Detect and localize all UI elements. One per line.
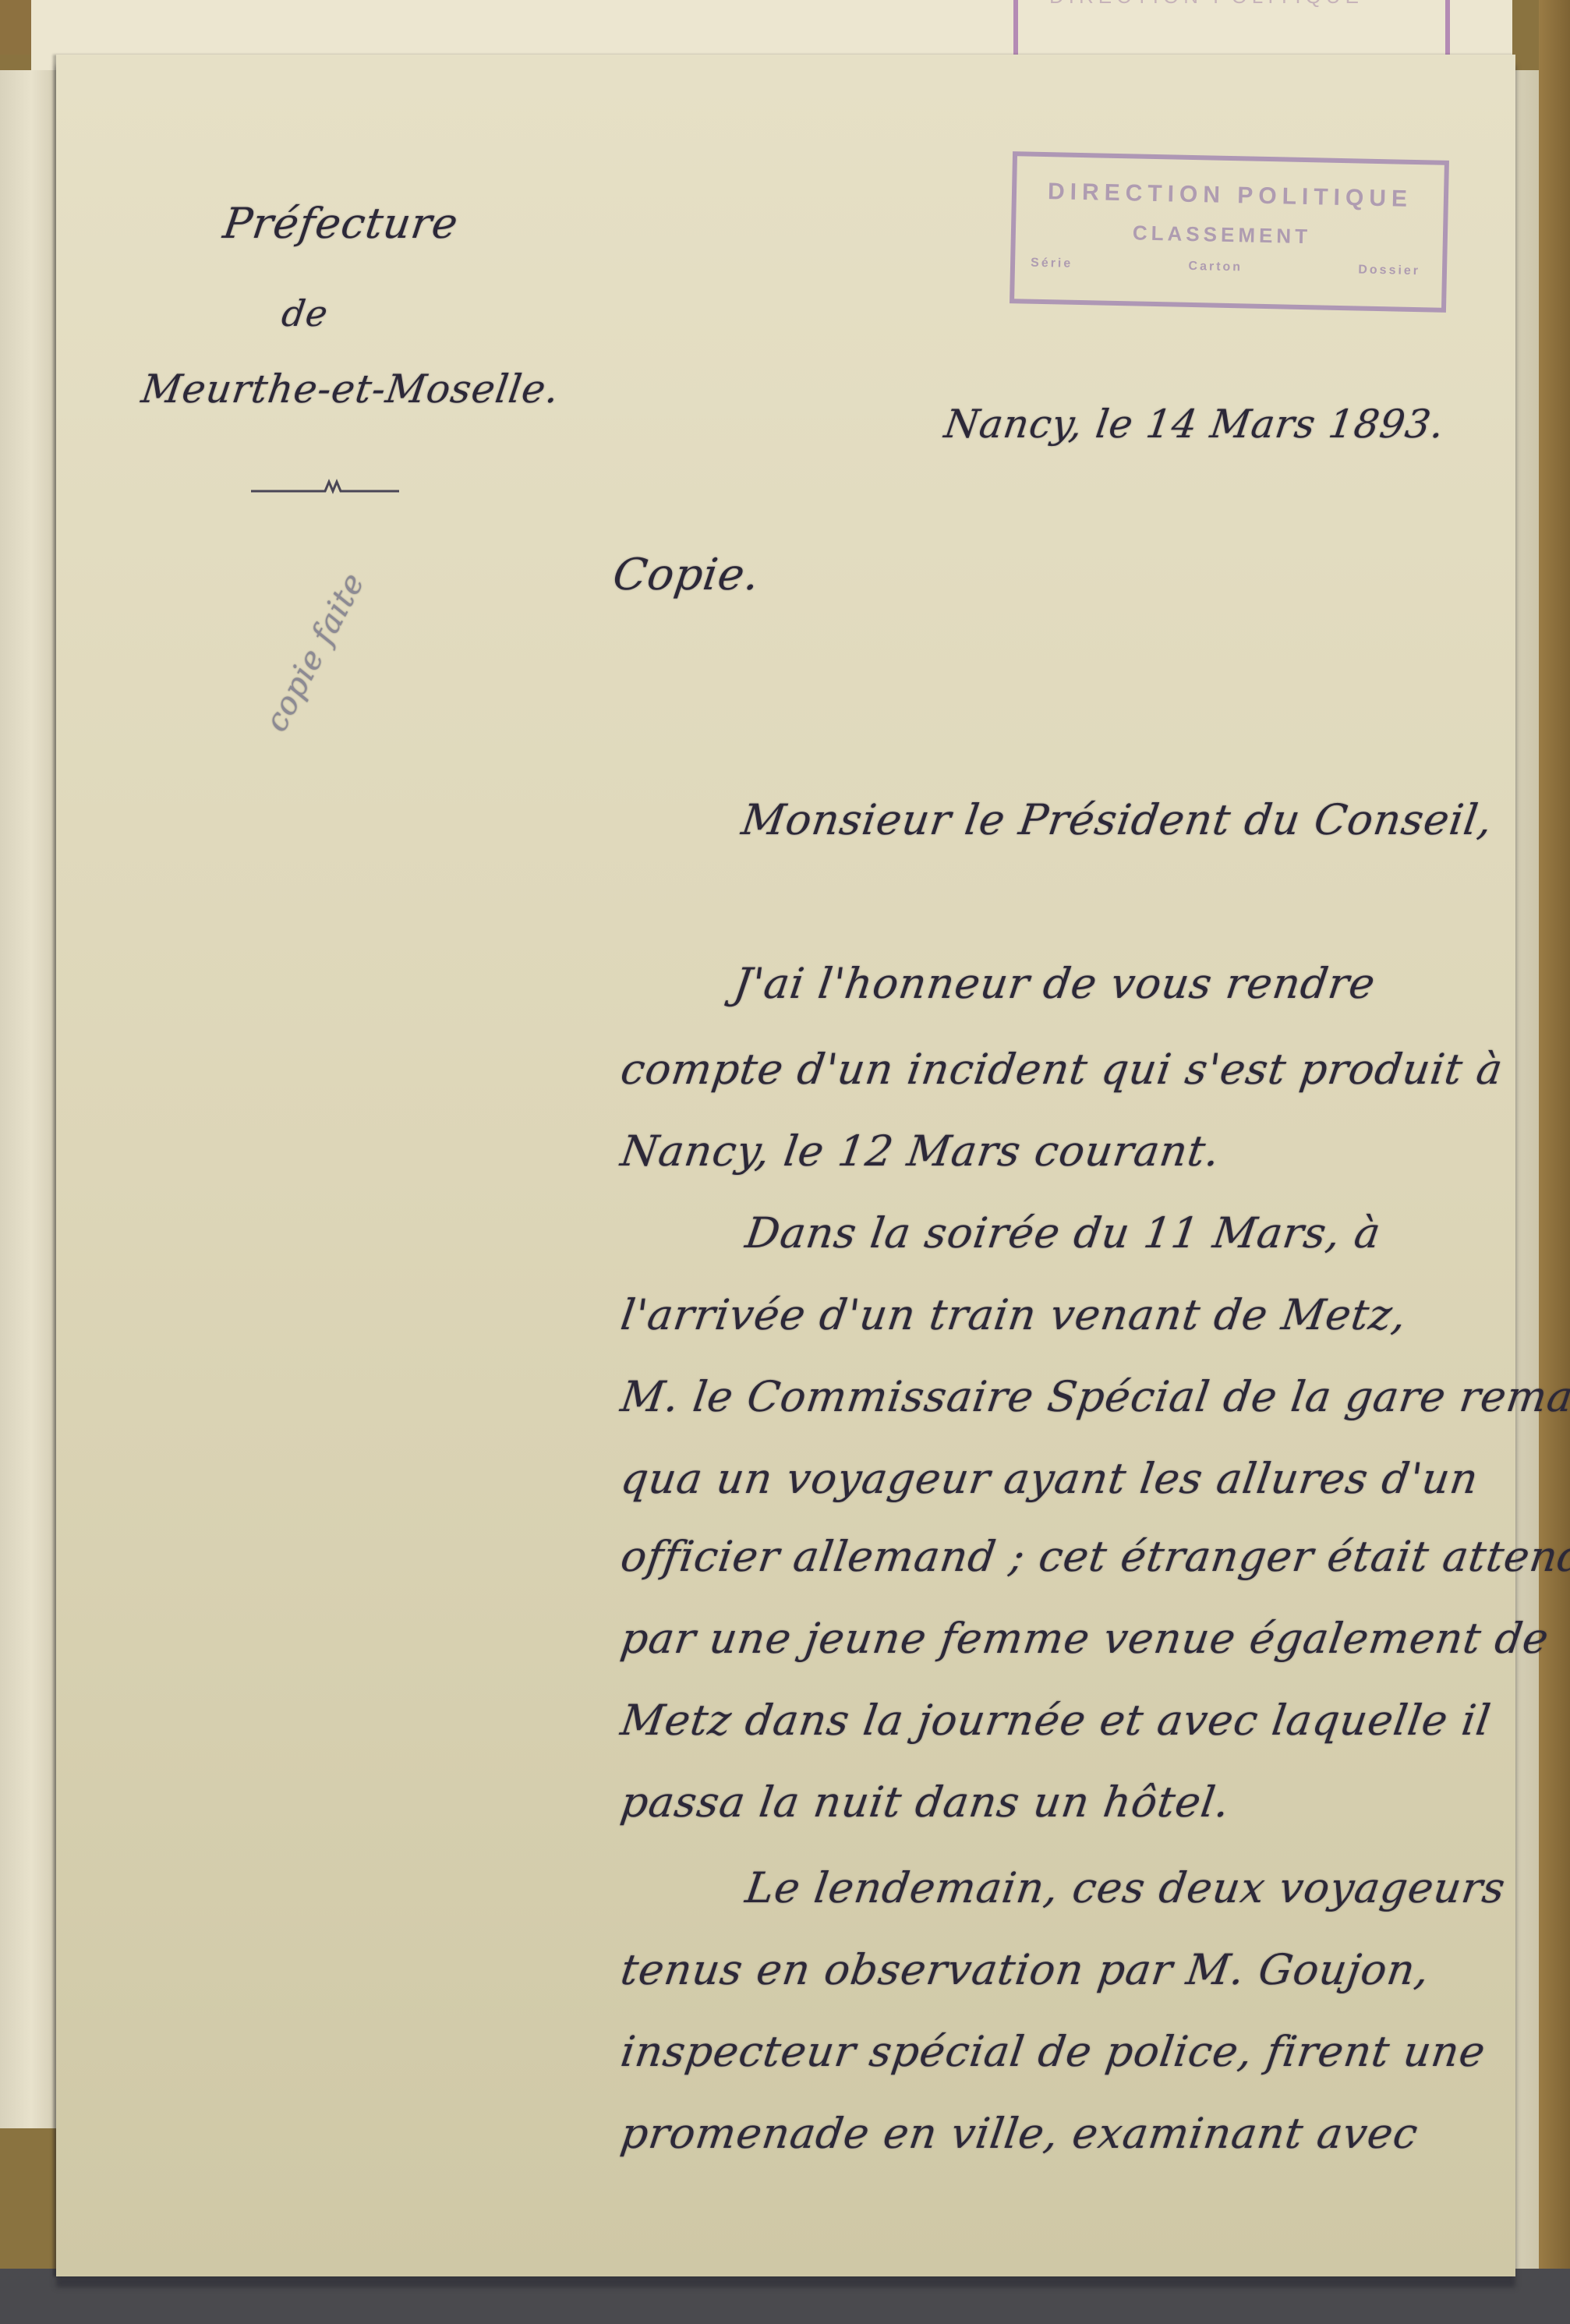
body-line: promenade en ville, examinant avec bbox=[618, 2109, 1422, 2158]
letterhead-department: Meurthe-et-Moselle. bbox=[139, 366, 562, 412]
body-line: Le lendemain, ces deux voyageurs bbox=[743, 1863, 1509, 1912]
background-stamp: DIRECTION POLITIQUE bbox=[1013, 0, 1450, 62]
body-line: Dans la soirée du 11 Mars, à bbox=[743, 1208, 1384, 1258]
stamp-field-dossier: Dossier bbox=[1358, 263, 1420, 278]
body-line: officier allemand ; cet étranger était a… bbox=[618, 1532, 1570, 1581]
body-line: inspecteur spécial de police, firent une bbox=[618, 2027, 1489, 2076]
body-line: qua un voyageur ayant les allures d'un bbox=[618, 1454, 1482, 1503]
letterhead-de: de bbox=[279, 292, 331, 334]
body-line: passa la nuit dans un hôtel. bbox=[618, 1777, 1233, 1827]
background-stamp-text: DIRECTION POLITIQUE bbox=[1049, 0, 1363, 9]
body-line: Nancy, le 12 Mars courant. bbox=[618, 1127, 1224, 1176]
background-bottom-edge bbox=[0, 2269, 1570, 2324]
body-line: par une jeune femme venue également de bbox=[618, 1614, 1553, 1663]
classification-stamp: DIRECTION POLITIQUE CLASSEMENT Série Car… bbox=[1010, 151, 1449, 313]
body-line: Metz dans la journée et avec laquelle il bbox=[618, 1696, 1494, 1745]
letterhead-flourish bbox=[251, 476, 399, 499]
body-line: compte d'un incident qui s'est produit à bbox=[618, 1045, 1507, 1094]
stamp-line-1: DIRECTION POLITIQUE bbox=[1048, 179, 1413, 213]
letterhead-prefecture: Préfecture bbox=[221, 199, 461, 248]
background-wood-right bbox=[1539, 0, 1570, 2324]
stamp-field-carton: Carton bbox=[1188, 260, 1243, 274]
letter-page: DIRECTION POLITIQUE CLASSEMENT Série Car… bbox=[56, 55, 1515, 2276]
body-line: tenus en observation par M. Goujon, bbox=[618, 1945, 1434, 1994]
body-line: l'arrivée d'un train venant de Metz, bbox=[618, 1290, 1410, 1339]
stamp-field-serie: Série bbox=[1031, 256, 1073, 271]
background-left-sheets bbox=[0, 70, 62, 2128]
body-line: M. le Commissaire Spécial de la gare rem… bbox=[618, 1372, 1570, 1421]
stamp-line-2: CLASSEMENT bbox=[1133, 221, 1312, 249]
salutation: Monsieur le Président du Conseil, bbox=[739, 795, 1496, 844]
stamp-line-3: Série Carton Dossier bbox=[1031, 256, 1420, 278]
dateline: Nancy, le 14 Mars 1893. bbox=[942, 401, 1448, 447]
pencil-annotation: copie faite bbox=[258, 567, 372, 738]
body-line: J'ai l'honneur de vous rendre bbox=[731, 959, 1379, 1008]
copy-label: Copie. bbox=[610, 550, 762, 600]
